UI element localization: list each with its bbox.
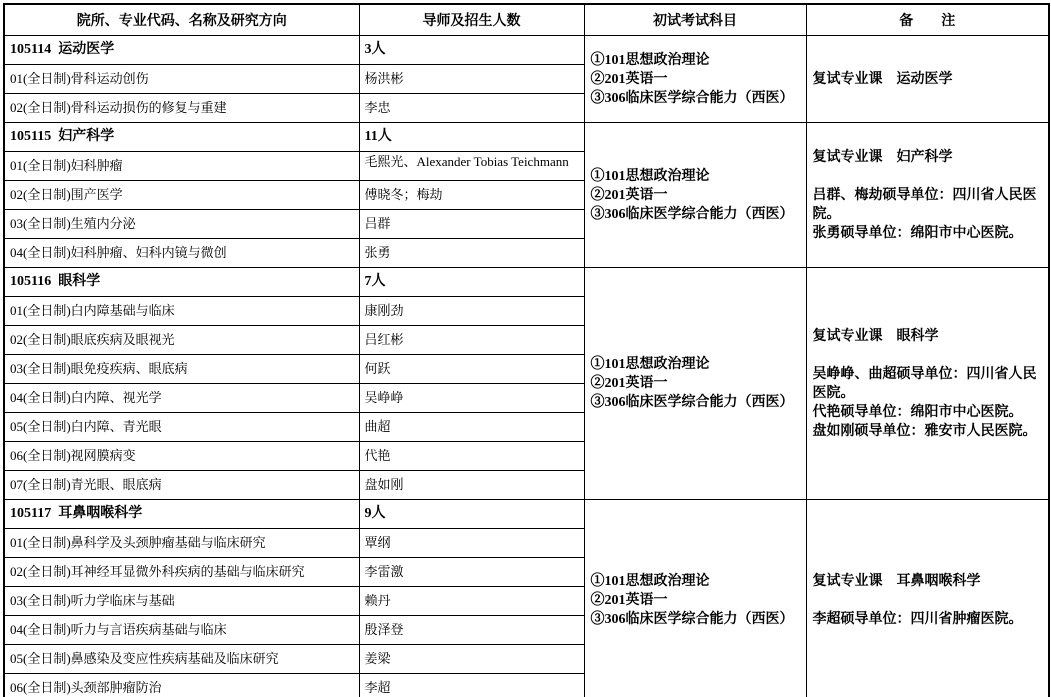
section-count-cell: 11人 xyxy=(359,123,584,152)
direction-cell: 04(全日制)听力与言语疾病基础与临床 xyxy=(4,616,359,645)
direction-cell: 02(全日制)围产医学 xyxy=(4,181,359,210)
table-header-row: 院所、专业代码、名称及研究方向 导师及招生人数 初试考试科目 备 注 xyxy=(4,4,1049,36)
direction-cell: 01(全日制)白内障基础与临床 xyxy=(4,297,359,326)
direction-cell: 05(全日制)鼻感染及变应性疾病基础及临床研究 xyxy=(4,645,359,674)
remark-cell: 复试专业课 眼科学 吴峥峥、曲超硕导单位：四川省人民医院。 代艳硕导单位：绵阳市… xyxy=(806,268,1049,500)
direction-cell: 05(全日制)白内障、青光眼 xyxy=(4,413,359,442)
direction-cell: 01(全日制)妇科肿瘤 xyxy=(4,152,359,181)
header-mentor-column: 导师及招生人数 xyxy=(359,4,584,36)
direction-cell: 02(全日制)耳神经耳显微外科疾病的基础与临床研究 xyxy=(4,558,359,587)
mentor-cell: 殷泽登 xyxy=(359,616,584,645)
direction-cell: 04(全日制)妇科肿瘤、妇科内镜与微创 xyxy=(4,239,359,268)
mentor-cell: 覃纲 xyxy=(359,529,584,558)
mentor-cell: 杨洪彬 xyxy=(359,65,584,94)
mentor-cell: 张勇 xyxy=(359,239,584,268)
exam-subjects-cell: ①101思想政治理论 ②201英语一 ③306临床医学综合能力（西医） xyxy=(584,123,806,268)
header-exam-column: 初试考试科目 xyxy=(584,4,806,36)
mentor-cell: 姜梁 xyxy=(359,645,584,674)
direction-cell: 06(全日制)头颈部肿瘤防治 xyxy=(4,674,359,697)
exam-subjects-cell: ①101思想政治理论 ②201英语一 ③306临床医学综合能力（西医） xyxy=(584,268,806,500)
header-remark-column: 备 注 xyxy=(806,4,1049,36)
direction-cell: 02(全日制)骨科运动损伤的修复与重建 xyxy=(4,94,359,123)
section-code-cell: 105117 耳鼻咽喉科学 xyxy=(4,500,359,529)
mentor-cell: 吕群 xyxy=(359,210,584,239)
exam-subjects-cell: ①101思想政治理论 ②201英语一 ③306临床医学综合能力（西医） xyxy=(584,500,806,697)
direction-cell: 01(全日制)鼻科学及头颈肿瘤基础与临床研究 xyxy=(4,529,359,558)
section-row: 105114 运动医学 3人 ①101思想政治理论 ②201英语一 ③306临床… xyxy=(4,36,1049,65)
direction-cell: 01(全日制)骨科运动创伤 xyxy=(4,65,359,94)
section-code-cell: 105116 眼科学 xyxy=(4,268,359,297)
mentor-cell: 李雷激 xyxy=(359,558,584,587)
section-row: 105115 妇产科学 11人 ①101思想政治理论 ②201英语一 ③306临… xyxy=(4,123,1049,152)
direction-cell: 02(全日制)眼底疾病及眼视光 xyxy=(4,326,359,355)
mentor-cell: 赖丹 xyxy=(359,587,584,616)
admissions-table: 院所、专业代码、名称及研究方向 导师及招生人数 初试考试科目 备 注 10511… xyxy=(3,3,1050,697)
mentor-cell: 何跃 xyxy=(359,355,584,384)
mentor-cell: 傅晓冬；梅劫 xyxy=(359,181,584,210)
direction-cell: 03(全日制)生殖内分泌 xyxy=(4,210,359,239)
section-count-cell: 7人 xyxy=(359,268,584,297)
mentor-cell: 毛熙光、Alexander Tobias Teichmann xyxy=(359,152,584,181)
mentor-cell: 李超 xyxy=(359,674,584,697)
remark-cell: 复试专业课 耳鼻咽喉科学 李超硕导单位：四川省肿瘤医院。 xyxy=(806,500,1049,697)
mentor-cell: 吴峥峥 xyxy=(359,384,584,413)
section-count-cell: 3人 xyxy=(359,36,584,65)
mentor-cell: 盘如刚 xyxy=(359,471,584,500)
mentor-cell: 康刚劲 xyxy=(359,297,584,326)
remark-cell: 复试专业课 妇产科学 吕群、梅劫硕导单位：四川省人民医院。 张勇硕导单位：绵阳市… xyxy=(806,123,1049,268)
section-code-cell: 105114 运动医学 xyxy=(4,36,359,65)
mentor-overflow-text: 毛熙光、Alexander Tobias Teichmann xyxy=(365,152,579,178)
mentor-cell: 代艳 xyxy=(359,442,584,471)
direction-cell: 07(全日制)青光眼、眼底病 xyxy=(4,471,359,500)
section-count-cell: 9人 xyxy=(359,500,584,529)
mentor-cell: 李忠 xyxy=(359,94,584,123)
mentor-cell: 曲超 xyxy=(359,413,584,442)
mentor-cell: 吕红彬 xyxy=(359,326,584,355)
section-row: 105117 耳鼻咽喉科学 9人 ①101思想政治理论 ②201英语一 ③306… xyxy=(4,500,1049,529)
direction-cell: 03(全日制)听力学临床与基础 xyxy=(4,587,359,616)
remark-cell: 复试专业课 运动医学 xyxy=(806,36,1049,123)
direction-cell: 06(全日制)视网膜病变 xyxy=(4,442,359,471)
section-code-cell: 105115 妇产科学 xyxy=(4,123,359,152)
direction-cell: 04(全日制)白内障、视光学 xyxy=(4,384,359,413)
direction-cell: 03(全日制)眼免疫疾病、眼底病 xyxy=(4,355,359,384)
header-program-column: 院所、专业代码、名称及研究方向 xyxy=(4,4,359,36)
exam-subjects-cell: ①101思想政治理论 ②201英语一 ③306临床医学综合能力（西医） xyxy=(584,36,806,123)
section-row: 105116 眼科学 7人 ①101思想政治理论 ②201英语一 ③306临床医… xyxy=(4,268,1049,297)
